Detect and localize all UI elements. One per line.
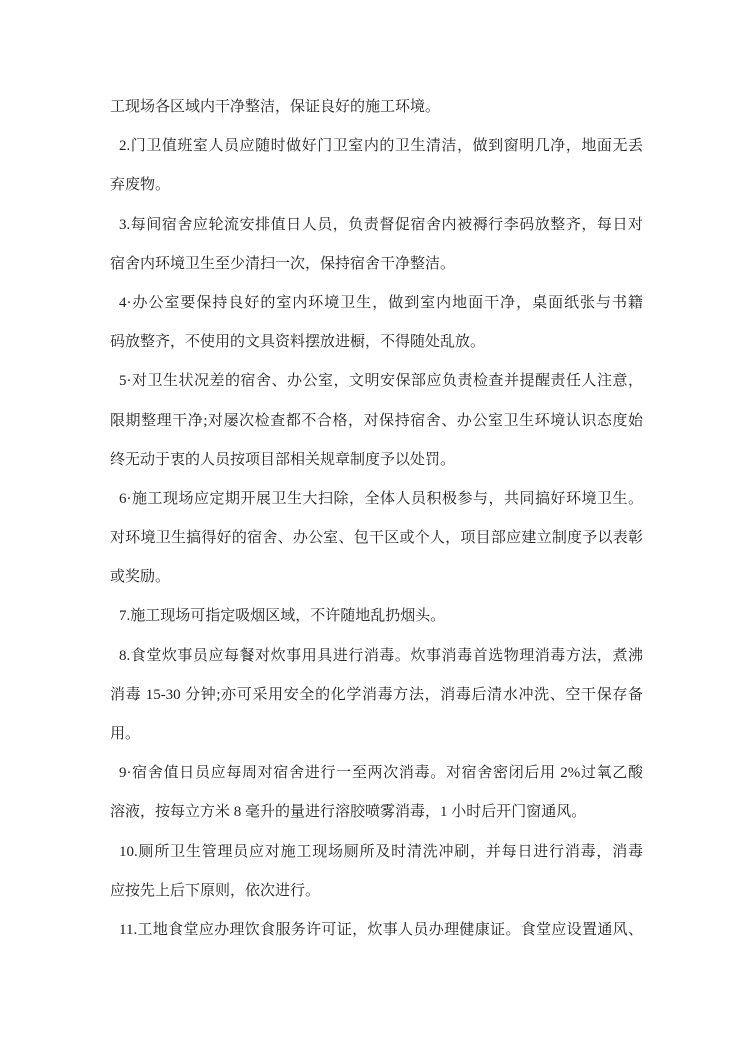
text-line: 终无动于衷的人员按项目部相关规章制度予以处罚。 xyxy=(110,441,643,480)
text-line: 工现场各区域内干净整洁，保证良好的施工环境。 xyxy=(110,88,643,127)
text-line: 码放整齐，不使用的文具资料摆放进橱，不得随处乱放。 xyxy=(110,323,643,362)
text-line: 9·宿舍值日员应每周对宿舍进行一至两次消毒。对宿舍密闭后用 2%过氧乙酸 xyxy=(110,754,643,793)
text-line: 宿舍内环境卫生至少清扫一次，保持宿舍干净整洁。 xyxy=(110,245,643,284)
text-line: 5·对卫生状况差的宿舍、办公室，文明安保部应负责检查并提醒责任人注意， xyxy=(110,362,643,401)
document-page: 工现场各区域内干净整洁，保证良好的施工环境。 2.门卫值班室人员应随时做好门卫室… xyxy=(0,0,744,1052)
document-text-block: 工现场各区域内干净整洁，保证良好的施工环境。 2.门卫值班室人员应随时做好门卫室… xyxy=(110,88,643,950)
text-line: 限期整理干净;对屡次检查都不合格，对保持宿舍、办公室卫生环境认识态度始 xyxy=(110,402,643,441)
text-line: 3.每间宿舍应轮流安排值日人员，负责督促宿舍内被褥行李码放整齐，每日对 xyxy=(110,206,643,245)
text-line: 4·办公室要保持良好的室内环境卫生，做到室内地面干净，桌面纸张与书籍 xyxy=(110,284,643,323)
text-line: 用。 xyxy=(110,715,643,754)
text-line: 或奖励。 xyxy=(110,558,643,597)
text-line: 2.门卫值班室人员应随时做好门卫室内的卫生清洁，做到窗明几净，地面无丢 xyxy=(110,127,643,166)
text-line: 应按先上后下原则，依次进行。 xyxy=(110,872,643,911)
text-line: 6·施工现场应定期开展卫生大扫除，全体人员积极参与，共同搞好环境卫生。 xyxy=(110,480,643,519)
text-line: 11.工地食堂应办理饮食服务许可证，炊事人员办理健康证。食堂应设置通风、 xyxy=(110,911,643,950)
text-line: 7.施工现场可指定吸烟区域，不许随地乱扔烟头。 xyxy=(110,597,643,636)
text-line: 弃废物。 xyxy=(110,166,643,205)
text-line: 对环境卫生搞得好的宿舍、办公室、包干区或个人，项目部应建立制度予以表彰 xyxy=(110,519,643,558)
text-line: 8.食堂炊事员应每餐对炊事用具进行消毒。炊事消毒首选物理消毒方法，煮沸 xyxy=(110,637,643,676)
text-line: 10.厕所卫生管理员应对施工现场厕所及时清洗冲刷，并每日进行消毒，消毒 xyxy=(110,833,643,872)
text-line: 消毒 15-30 分钟;亦可采用安全的化学消毒方法，消毒后清水冲洗、空干保存备 xyxy=(110,676,643,715)
text-line: 溶液，按每立方米 8 毫升的量进行溶胶喷雾消毒，1 小时后开门窗通风。 xyxy=(110,793,643,832)
